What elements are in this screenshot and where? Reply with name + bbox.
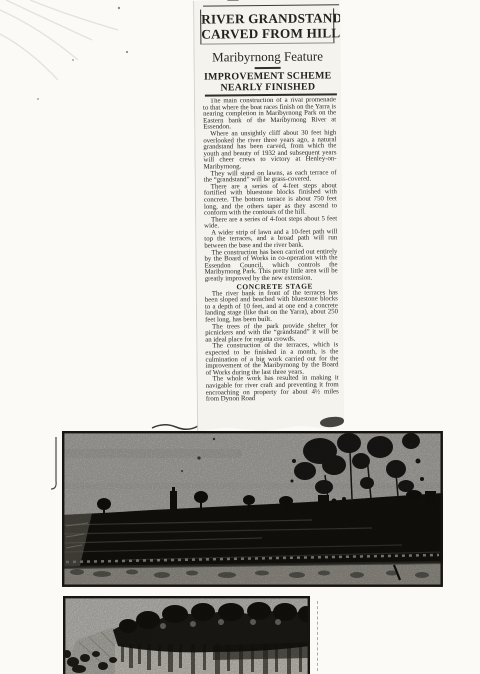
terraced-hill-photo-graphic [62, 431, 443, 587]
ink-blot-road [320, 416, 345, 428]
corner-crease-marks [0, 0, 118, 80]
photo-terraced-grandstand-panorama [62, 431, 443, 587]
article-paragraph: The construction has been carried out en… [204, 249, 337, 283]
photo-cliff-hillside-partial [63, 596, 310, 674]
article-paragraph: The trees of the park provide shelter fo… [205, 323, 338, 344]
article-paragraph: The river bank in front of the terraces … [205, 290, 338, 324]
article-paragraph: Where an unsightly cliff about 30 feet h… [203, 130, 336, 171]
pen-hook-mark [51, 437, 56, 489]
headline-box: RIVER GRANDSTAND CARVED FROM HILL [200, 8, 334, 44]
feature-label: Maribyrnong Feature [194, 48, 340, 65]
article-paragraph: The whole work has resulted in making it… [206, 376, 339, 404]
news-clipping: RIVER GRANDSTAND CARVED FROM HILL Mariby… [193, 0, 344, 435]
subheadline: IMPROVEMENT SCHEME NEARLY FINISHED [195, 71, 341, 93]
cliff-photo-graphic [63, 596, 310, 674]
headline-line-2: CARVED FROM HILL [201, 25, 333, 41]
article-paragraphs-top: The main construction of a rival promena… [203, 97, 338, 283]
headline-line-1: RIVER GRANDSTAND [201, 10, 333, 26]
article-paragraphs-bottom: The river bank in front of the terraces … [205, 290, 339, 403]
dotted-scan-artifact-line [317, 601, 318, 671]
article-paragraph: The construction of the terraces, which … [205, 343, 338, 377]
top-rule [203, 4, 339, 6]
article-paragraph: There are a series of 4-feet steps about… [204, 183, 337, 217]
torn-edge-squiggle [152, 425, 205, 430]
article-paragraph: The main construction of a rival promena… [203, 97, 336, 131]
feature-divider-rule [255, 67, 281, 69]
subheadline-rule [205, 93, 337, 96]
scrapbook-scan-page: RIVER GRANDSTAND CARVED FROM HILL Mariby… [0, 0, 480, 674]
subheadline-line-2: NEARLY FINISHED [195, 82, 341, 94]
article-body: The main construction of a rival promena… [203, 97, 339, 432]
article-paragraph: A wider strip of lawn and a 10-feet path… [204, 229, 337, 250]
